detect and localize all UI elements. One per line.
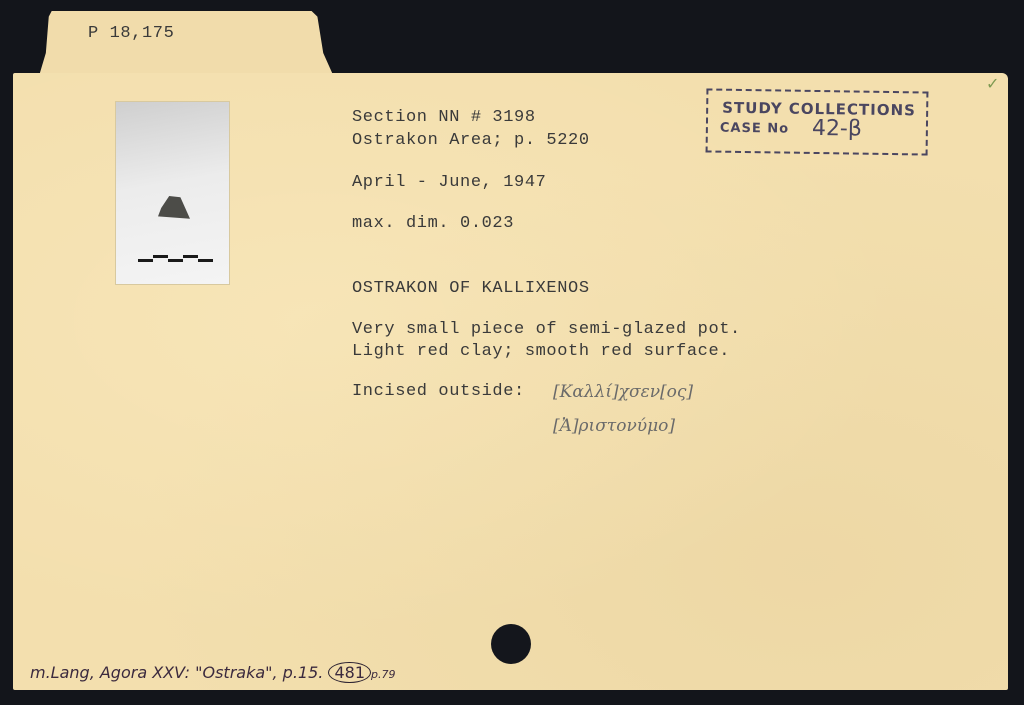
catalog-number: P 18,175: [88, 24, 174, 43]
artifact-photo: [116, 102, 229, 284]
check-mark-icon: ✓: [986, 74, 999, 93]
inscription-label: Incised outside:: [352, 382, 525, 401]
inscription-line-2: [Ἀ]ριστονύμο]: [553, 416, 675, 436]
object-title: OSTRAKON OF KALLIXENOS: [352, 279, 590, 298]
bibliographic-note: m.Lang, Agora XXV: "Ostraka", p.15. 481p…: [30, 662, 396, 683]
date-line: April - June, 1947: [352, 173, 546, 192]
card-tab: [40, 11, 332, 81]
case-number: 42-β: [812, 116, 862, 142]
area-line: Ostrakon Area; p. 5220: [352, 131, 590, 150]
punch-hole: [491, 624, 531, 664]
study-collections-stamp: STUDY COLLECTIONS CASE No 42-β: [706, 88, 929, 155]
description-line-1: Very small piece of semi-glazed pot.: [352, 320, 741, 339]
footnote-text: m.Lang, Agora XXV: "Ostraka", p.15.: [30, 663, 323, 682]
scale-bar: [138, 255, 214, 263]
dimension-line: max. dim. 0.023: [352, 214, 514, 233]
inscription-line-1: [Καλλί]χσεν[ος]: [553, 382, 693, 402]
description-line-2: Light red clay; smooth red surface.: [352, 342, 730, 361]
circled-catalog-number: 481: [328, 662, 371, 683]
page-reference: p.79: [371, 668, 395, 681]
stamp-line-2: CASE No: [720, 121, 789, 137]
sherd-image: [158, 196, 190, 220]
section-line: Section NN # 3198: [352, 108, 536, 127]
